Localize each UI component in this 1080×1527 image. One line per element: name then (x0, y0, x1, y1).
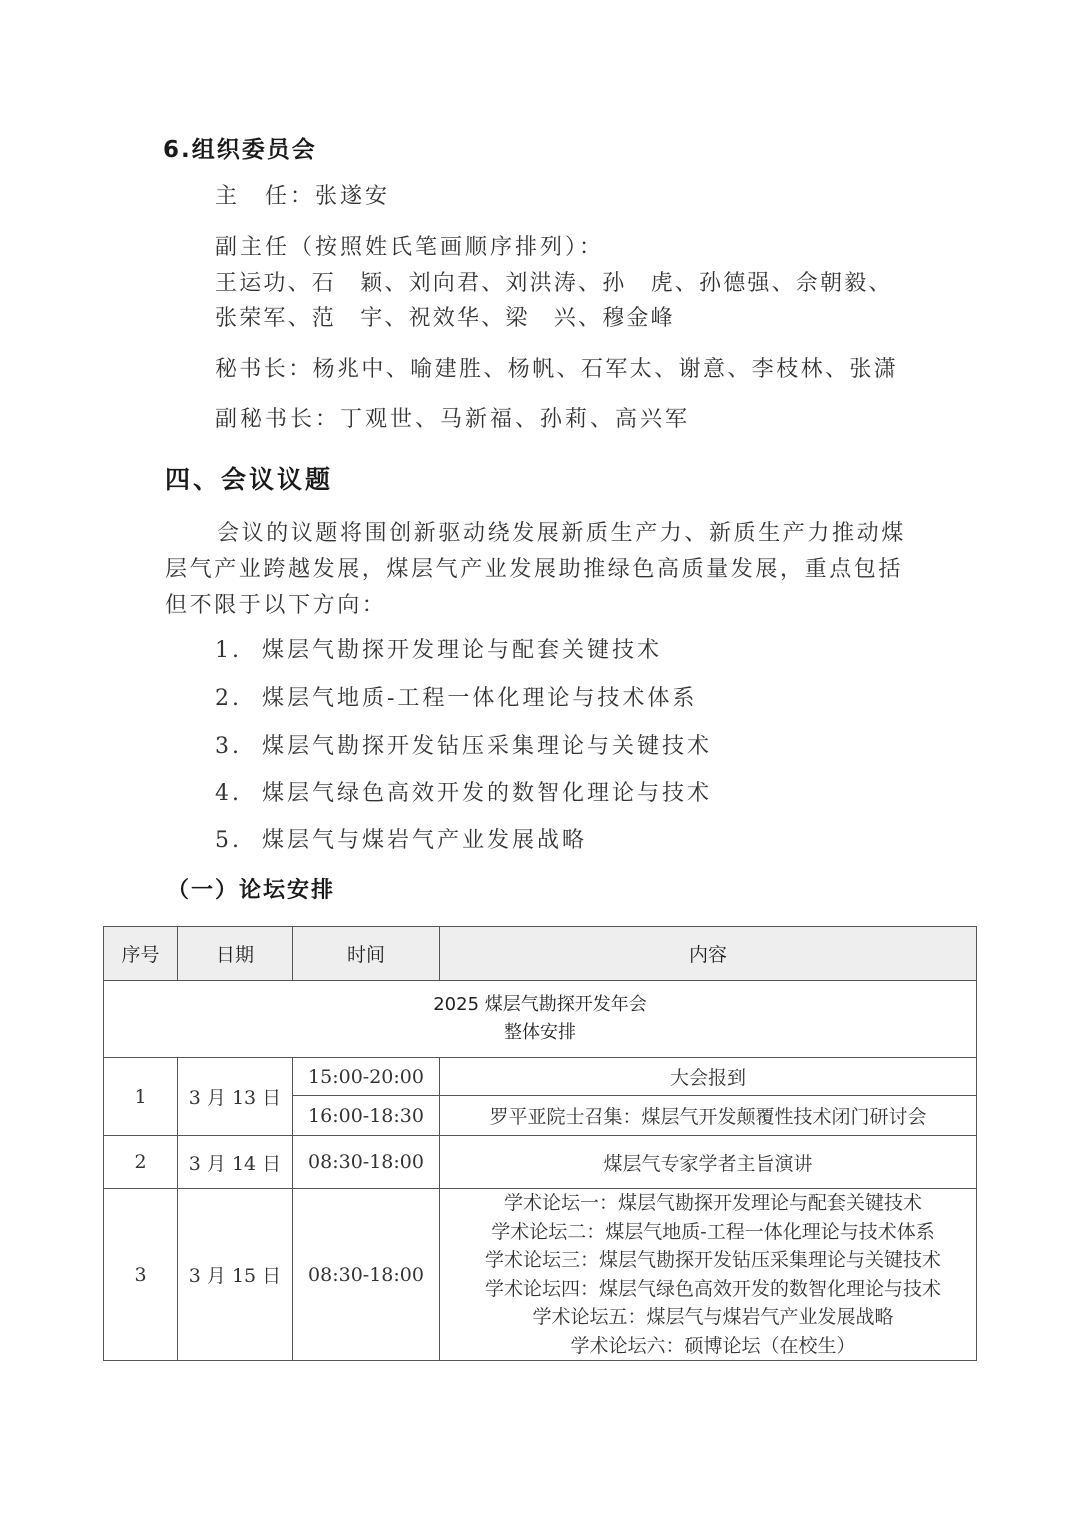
schedule-table: 2025 煤层气勘探开发年会 整体安排 序号 日期 时间 内容 1 3 月 13… (103, 926, 977, 1361)
row-no: 2 (104, 1136, 178, 1189)
vice-directors-line-1: 王运功、石 颖、刘向君、刘洪涛、孙 虎、孙德强、佘朝毅、 (215, 266, 893, 297)
director-line: 主 任：张遂安 (215, 179, 390, 210)
header-time: 时间 (293, 927, 440, 981)
table-title-row: 2025 煤层气勘探开发年会 整体安排 (104, 981, 977, 1058)
secretary-general-names: 杨兆中、喻建胜、杨帆、石军太、谢意、李枝林、张潇 (313, 357, 899, 382)
deputy-secretary-line: 副秘书长：丁观世、马新福、孙莉、高兴军 (215, 402, 690, 433)
row-content: 大会报到 (440, 1058, 977, 1096)
committee-heading: 6.组织委员会 (163, 131, 317, 164)
topic-item-3: 3. 煤层气勘探开发钻压采集理论与关键技术 (215, 729, 712, 760)
row-time: 08:30-18:00 (293, 1136, 440, 1189)
row-time: 16:00-18:30 (293, 1096, 440, 1136)
row-content: 煤层气专家学者主旨演讲 (440, 1136, 977, 1189)
table-row: 1 3 月 13 日 15:00-20:00 大会报到 (104, 1058, 977, 1096)
table-header-row: 序号 日期 时间 内容 (104, 927, 977, 981)
topic-item-2: 2. 煤层气地质-工程一体化理论与技术体系 (215, 681, 697, 712)
forum-list: 学术论坛一：煤层气勘探开发理论与配套关键技术 学术论坛二：煤层气地质-工程一体化… (440, 1189, 977, 1361)
forum-item-5: 学术论坛五：煤层气与煤岩气产业发展战略 (450, 1303, 976, 1332)
vice-directors-line-2: 张荣军、范 宇、祝效华、梁 兴、穆金峰 (215, 301, 675, 332)
table-title-line-1: 2025 煤层气勘探开发年会 (104, 991, 976, 1019)
header-content: 内容 (440, 927, 977, 981)
forum-item-3: 学术论坛三：煤层气勘探开发钻压采集理论与关键技术 (450, 1246, 976, 1275)
forum-item-2: 学术论坛二：煤层气地质-工程一体化理论与技术体系 (450, 1218, 976, 1247)
header-date: 日期 (178, 927, 293, 981)
vice-directors-label: 副主任（按照姓氏笔画顺序排列）： (215, 230, 604, 261)
deputy-secretary-names: 丁观世、马新福、孙莉、高兴军 (340, 407, 690, 432)
table-title-line-2: 整体安排 (104, 1019, 976, 1047)
row-no: 1 (104, 1058, 178, 1136)
topic-item-4: 4. 煤层气绿色高效开发的数智化理论与技术 (215, 776, 712, 807)
row-date: 3 月 13 日 (178, 1058, 293, 1136)
header-no: 序号 (104, 927, 178, 981)
topics-intro: 会议的议题将围创新驱动绕发展新质生产力、新质生产力推动煤层气产业跨越发展，煤层气… (165, 516, 915, 624)
forum-item-4: 学术论坛四：煤层气绿色高效开发的数智化理论与技术 (450, 1275, 976, 1304)
secretary-general-line: 秘书长：杨兆中、喻建胜、杨帆、石军太、谢意、李枝林、张潇 (215, 352, 898, 383)
topic-item-5: 5. 煤层气与煤岩气产业发展战略 (215, 823, 587, 854)
table-row: 3 3 月 15 日 08:30-18:00 学术论坛一：煤层气勘探开发理论与配… (104, 1189, 977, 1361)
forum-item-6: 学术论坛六：硕博论坛（在校生） (450, 1332, 976, 1361)
row-date: 3 月 15 日 (178, 1189, 293, 1361)
table-title: 2025 煤层气勘探开发年会 整体安排 (104, 981, 977, 1058)
topics-heading: 四、会议议题 (165, 460, 333, 496)
secretary-general-label: 秘书长： (215, 357, 313, 382)
director-name: 张遂安 (315, 184, 390, 209)
table-row: 2 3 月 14 日 08:30-18:00 煤层气专家学者主旨演讲 (104, 1136, 977, 1189)
forum-heading: （一）论坛安排 (167, 873, 335, 904)
forum-item-1: 学术论坛一：煤层气勘探开发理论与配套关键技术 (450, 1189, 976, 1218)
row-date: 3 月 14 日 (178, 1136, 293, 1189)
topic-item-1: 1. 煤层气勘探开发理论与配套关键技术 (215, 633, 662, 664)
row-content: 罗平亚院士召集：煤层气开发颠覆性技术闭门研讨会 (440, 1096, 977, 1136)
row-time: 08:30-18:00 (293, 1189, 440, 1361)
row-no: 3 (104, 1189, 178, 1361)
row-time: 15:00-20:00 (293, 1058, 440, 1096)
deputy-secretary-label: 副秘书长： (215, 407, 340, 432)
director-label: 主 任： (215, 184, 315, 209)
